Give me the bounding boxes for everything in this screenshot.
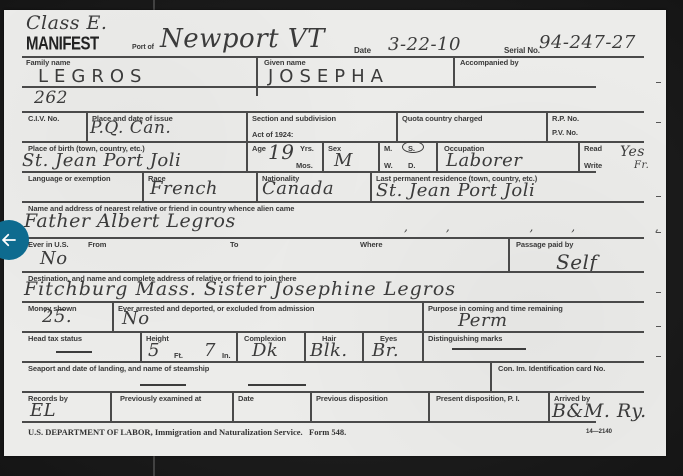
given-name-value: JOSEPHA — [268, 66, 389, 87]
ever-in-us-value: No — [40, 248, 68, 269]
date-value: 3-22-10 — [388, 34, 461, 55]
height-ft-value: 5 — [148, 340, 160, 361]
section-subdivision-label: Section and subdivision — [252, 114, 336, 123]
purpose-value: Perm — [458, 310, 508, 331]
nationality-value: Canada — [262, 178, 334, 199]
to-label: To — [230, 240, 238, 249]
records-by-value: EL — [30, 400, 56, 421]
manifest-title: MANIFEST — [26, 34, 99, 54]
department-footer: U.S. DEPARTMENT OF LABOR, Immigration an… — [28, 427, 346, 437]
height-in-value: 7 — [204, 340, 216, 361]
present-disposition-label: Present disposition, P. I. — [436, 394, 520, 403]
nearest-relative-value: Father Albert Legros — [24, 210, 236, 232]
arrested-value: No — [122, 308, 150, 329]
con-im-card-label: Con. Im. Identification card No. — [498, 364, 605, 373]
pv-no-label: P.V. No. — [552, 128, 578, 137]
age-yrs-label: Yrs. — [300, 144, 314, 153]
seaport-dash-2 — [248, 384, 306, 386]
form-number: Form 548. — [309, 427, 346, 437]
arrow-left-icon — [0, 231, 18, 249]
read-label: Read — [584, 144, 602, 153]
money-shown-value: 25. — [42, 306, 72, 327]
seaport-label: Seaport and date of landing, and name of… — [28, 364, 209, 373]
nearest-relative-ditto: ,, ,, ,, — [404, 220, 683, 234]
height-in-label: In. — [222, 351, 230, 360]
family-name-value: LEGROS — [38, 66, 147, 87]
date2-label: Date — [238, 394, 254, 403]
department-text: U.S. DEPARTMENT OF LABOR, Immigration an… — [28, 427, 303, 437]
head-tax-dash — [56, 351, 92, 353]
hair-value: Blk. — [310, 340, 348, 361]
port-value: Newport VT — [160, 24, 325, 54]
last-residence-value: St. Jean Port Joli — [376, 180, 535, 201]
age-value: 19 — [268, 140, 294, 164]
eyes-value: Br. — [372, 340, 399, 361]
civ-no-label: C.I.V. No. — [28, 114, 59, 123]
occupation-value: Laborer — [446, 150, 522, 171]
form-code: 14—2140 — [586, 429, 612, 435]
read-write-value: Yes — [620, 144, 645, 160]
age-mos-label: Mos. — [296, 161, 313, 170]
place-of-birth-value: St. Jean Port Joli — [22, 150, 181, 171]
previous-disposition-label: Previous disposition — [316, 394, 388, 403]
age-label: Age — [252, 144, 266, 153]
place-date-issue-value: P.Q. Can. — [90, 118, 171, 138]
destination-value: Fitchburg Mass. Sister Josephine Legros — [24, 278, 456, 300]
language-label: Language or exemption — [28, 174, 111, 183]
race-value: French — [150, 178, 218, 199]
serial-label: Serial No. — [504, 46, 540, 55]
from-label: From — [88, 240, 106, 249]
record-number: 262 — [34, 88, 68, 108]
sex-value: M — [334, 150, 353, 171]
serial-value: 94-247-27 — [539, 32, 636, 53]
marital-divider — [378, 141, 380, 171]
seaport-dash-1 — [140, 384, 186, 386]
port-label: Port of — [132, 44, 154, 51]
distinguishing-marks-label: Distinguishing marks — [428, 334, 502, 343]
complexion-value: Dk — [252, 340, 278, 361]
rp-no-label: R.P. No. — [552, 114, 579, 123]
accompanied-by-label: Accompanied by — [460, 58, 519, 67]
marital-s-label: S. — [408, 144, 415, 153]
passage-paid-label: Passage paid by — [516, 240, 573, 249]
marital-d-label: D. — [408, 161, 415, 170]
class-note: Class E. — [26, 12, 107, 34]
previously-examined-label: Previously examined at — [120, 394, 201, 403]
quota-country-label: Quota country charged — [402, 114, 482, 123]
height-ft-label: Ft. — [174, 351, 183, 360]
act-1924-label: Act of 1924: — [252, 130, 293, 139]
marital-m-label: M. — [384, 144, 392, 153]
write-label: Write — [584, 161, 602, 170]
distinguishing-marks-dash — [452, 348, 526, 350]
where-label: Where — [360, 240, 382, 249]
arrived-by-value: B&M. Ry. — [552, 400, 647, 422]
read-write-note: Fr. — [634, 160, 649, 171]
date-label: Date — [354, 46, 371, 55]
manifest-card: Class E. MANIFEST Port of Newport VT Dat… — [4, 10, 666, 456]
marital-w-label: W. — [384, 161, 393, 170]
head-tax-label: Head tax status — [28, 334, 82, 343]
